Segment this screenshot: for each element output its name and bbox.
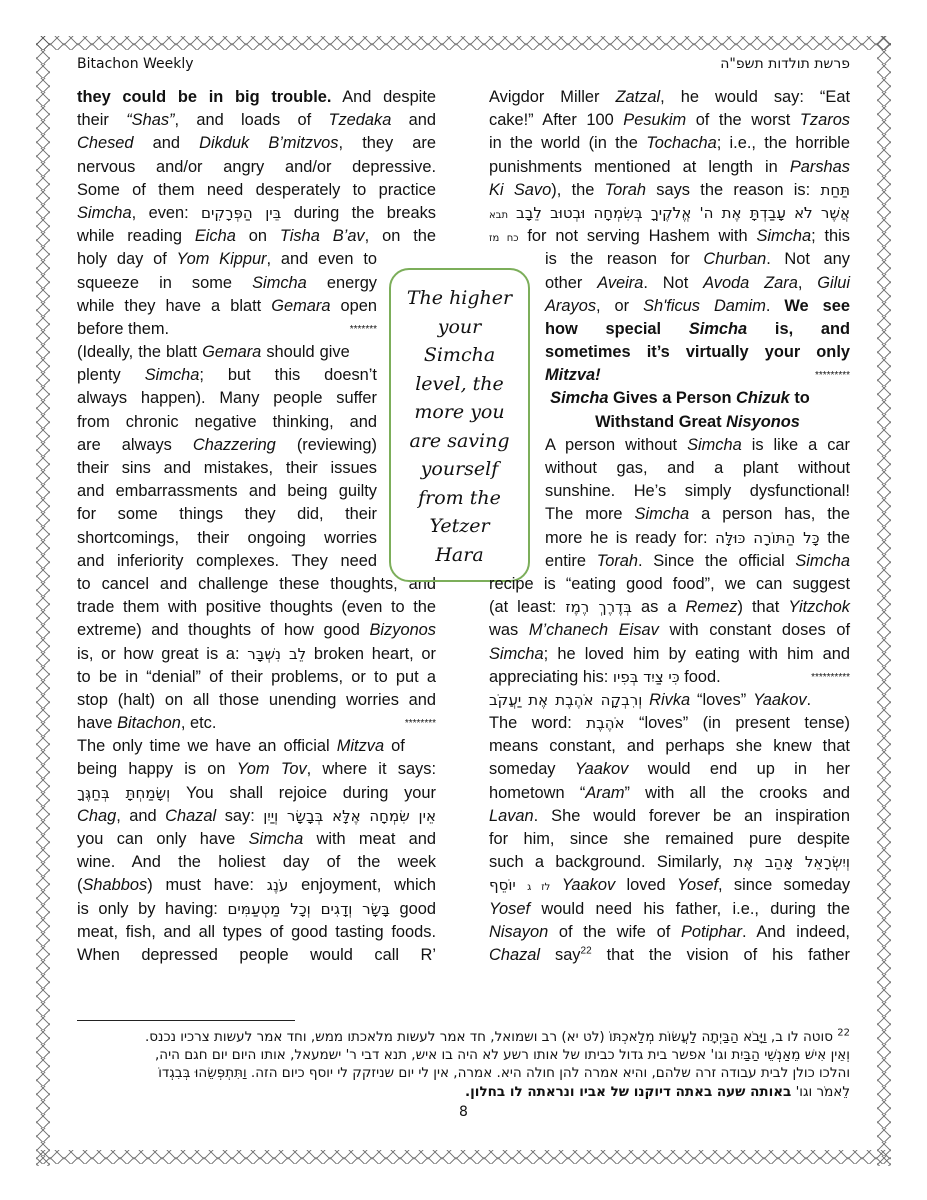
text-line: is only by having: בָּשָׂר וְדָגִים וְכָ…	[77, 898, 436, 921]
text-line: אֲשֶׁר לֹא עָבַדְתָּ אֶת ה' אֱלֹקֶיךָ בְ…	[489, 202, 850, 225]
text-line: stop (halt) on all those unending worrie…	[77, 689, 436, 712]
text-line: you can only have Simcha with meat and	[77, 828, 436, 851]
text-line: squeeze in some Simcha energy	[77, 272, 377, 295]
decorative-border-top	[36, 36, 891, 50]
text-line: sometimes it’s virtually your only	[545, 341, 850, 364]
footnote-reference[interactable]: 22	[581, 945, 592, 956]
decorative-border-left	[36, 36, 50, 1166]
footnote-line: וְאֵין אִישׁ מֵאַנְשֵׁי הַבַּיִת וגו' אפ…	[77, 1046, 850, 1064]
text-line: (at least: בְּדֶרֶךְ רֶמֶז as a Remez) t…	[489, 596, 850, 619]
text-line: holy day of Yom Kippur, and even to	[77, 248, 377, 271]
text-line: is, or how great is a: לֵב נִשְׁבָּר bro…	[77, 643, 436, 666]
text-line: means constant, and perhaps she knew tha…	[489, 735, 850, 758]
text-line: are always Chazzering (reviewing)	[77, 434, 377, 457]
text-line: Chesed and Dikduk B’mitzvos, they are	[77, 132, 436, 155]
text-line: they could be in big trouble. And despit…	[77, 86, 436, 109]
text-line: entire Torah. Since the official Simcha	[545, 550, 850, 573]
text-line: someday Yaakov would end up in her	[489, 758, 850, 781]
text-line: כח מז for not serving Hashem with Simcha…	[489, 225, 850, 248]
text-line: punishments mentioned at length in Parsh…	[489, 156, 850, 179]
section-separator: *******	[350, 318, 377, 341]
text-line: in the world (in the Tochacha; i.e., the…	[489, 132, 850, 155]
footnotes: 22 סוטה לו ב, וַיָּבֹא הַבַּיְתָה לַעֲשׂ…	[77, 1028, 850, 1101]
text-line: Ki Savo), the Torah says the reason is: …	[489, 179, 850, 202]
page-number: 8	[0, 1104, 927, 1120]
text-line: their “Shas”, and loads of Tzedaka and	[77, 109, 436, 132]
text-line: was M’chanech Eisav with constant doses …	[489, 619, 850, 642]
text-line: (Ideally, the blatt Gemara should give	[77, 341, 377, 364]
text-line: more he is ready for: כָּל הַתּוֹרָה כּו…	[545, 527, 850, 550]
text-line: wine. And the holiest day of the week	[77, 851, 436, 874]
decorative-border-right	[877, 36, 891, 1166]
section-separator: *********	[815, 364, 850, 387]
text-line: plenty Simcha; but this doesn’t	[77, 364, 377, 387]
text-line: (Shabbos) must have: עֹנֶג enjoyment, wh…	[77, 874, 436, 897]
parsha-title: פרשת תולדות תשפ"ה	[720, 56, 850, 72]
text-line: sunshine. He’s simply dysfunctional!	[545, 480, 850, 503]
text-line: meat, fish, and all types of good tastin…	[77, 921, 436, 944]
text-line: and embarrassments and being guilty	[77, 480, 377, 503]
text-line: while reading Eicha on Tisha B’av, on th…	[77, 225, 436, 248]
text-line: such a background. Similarly, וְיִשְׂרָא…	[489, 851, 850, 874]
text-line: hometown “Aram” with all the crooks and	[489, 782, 850, 805]
text-line: Yosef would need his father, i.e., durin…	[489, 898, 850, 921]
text-line: Simcha; he loved him by eating with him …	[489, 643, 850, 666]
text-line: while they have a blatt Gemara open	[77, 295, 377, 318]
text-line: cake!” After 100 Pesukim of the worst Tz…	[489, 109, 850, 132]
text-line: for some things they did, their	[77, 503, 377, 526]
text-line: and inferiority complexes. They need	[77, 550, 377, 573]
text-line: extreme) and thoughts of how good Bizyon…	[77, 619, 436, 642]
text-line: appreciating his: כִּי צַיִד בְּפִיו foo…	[489, 666, 850, 689]
text-line: A person without Simcha is like a car	[545, 434, 850, 457]
left-column: they could be in big trouble. And despit…	[77, 86, 436, 967]
text-line: Nisayon of the wife of Potiphar. And ind…	[489, 921, 850, 944]
footnote-line: 22 סוטה לו ב, וַיָּבֹא הַבַּיְתָה לַעֲשׂ…	[77, 1028, 850, 1046]
text-line: Simcha, even: בֵּין הַפְּרָקִים during t…	[77, 202, 436, 225]
text-line: before them.*******	[77, 318, 377, 341]
text-line: וְרִבְקָה אֹהֶבֶת אֶת יַעֲקֹב Rivka “lov…	[489, 689, 850, 712]
footnote-line: לֵאמֹר וגו' באותה שעה באתה דיוקנו של אבי…	[77, 1083, 850, 1101]
section-separator: ********	[405, 712, 436, 735]
text-line: Avigdor Miller Zatzal, he would say: “Ea…	[489, 86, 850, 109]
text-line: וְשָׂמַחְתָּ בְּחַגֶּךָ You shall rejoic…	[77, 782, 436, 805]
text-line: always happen). Many people suffer	[77, 387, 377, 410]
text-line: shortcomings, their ongoing worries	[77, 527, 377, 550]
section-separator: **********	[811, 666, 850, 689]
text-line: The word: אֹהֶבֶת “loves” (in present te…	[489, 712, 850, 735]
text-line: being happy is on Yom Tov, where it says…	[77, 758, 436, 781]
text-line: Lavan. She would forever be an inspirati…	[489, 805, 850, 828]
text-line: other Aveira. Not Avoda Zara, Gilui	[545, 272, 850, 295]
footnote-number: 22	[837, 1028, 850, 1039]
text-line: Some of them need desperately to practic…	[77, 179, 436, 202]
text-line: Chazal say22 that the vision of his fath…	[489, 944, 850, 967]
text-line: Chag, and Chazal say: אֵין שִׂמְחָה אֶלָ…	[77, 805, 436, 828]
footnote-divider	[77, 1020, 295, 1021]
text-line: is the reason for Churban. Not any	[545, 248, 850, 271]
footnote-line: והלכו כולן לבית עבודה זרה שלהם, והיא אמר…	[77, 1064, 850, 1082]
section-heading: Withstand Great Nisyonos	[545, 411, 850, 434]
text-line: Arayos, or Sh'ficus Damim. We see	[545, 295, 850, 318]
publication-title: Bitachon Weekly	[77, 56, 194, 72]
text-line: When depressed people would call R’	[77, 944, 436, 967]
section-heading: Simcha Gives a Person Chizuk to	[545, 387, 850, 410]
text-line: trade them with positive thoughts (even …	[77, 596, 436, 619]
text-line: יוֹסֵף לז ג Yaakov loved Yosef, since so…	[489, 874, 850, 897]
text-line: nervous and/or angry and/or depressive.	[77, 156, 436, 179]
text-line: how special Simcha is, and	[545, 318, 850, 341]
text-line: to cancel and challenge these thoughts, …	[77, 573, 436, 596]
decorative-border-bottom	[36, 1150, 891, 1164]
text-line: The only time we have an official Mitzva…	[77, 735, 436, 758]
text-line: have Bitachon, etc.********	[77, 712, 436, 735]
text-line: without gas, and a plant without	[545, 457, 850, 480]
text-line: The more Simcha a person has, the	[545, 503, 850, 526]
text-line: for him, since she remained pure despite	[489, 828, 850, 851]
text-line: from chronic negative thinking, and	[77, 411, 377, 434]
right-column: Avigdor Miller Zatzal, he would say: “Ea…	[489, 86, 850, 967]
text-line: recipe is “eating good food”, we can sug…	[489, 573, 850, 596]
text-line: to be in “denial” of their problems, or …	[77, 666, 436, 689]
text-line: their sins and mistakes, their issues	[77, 457, 377, 480]
text-line: Mitzva!*********	[545, 364, 850, 387]
